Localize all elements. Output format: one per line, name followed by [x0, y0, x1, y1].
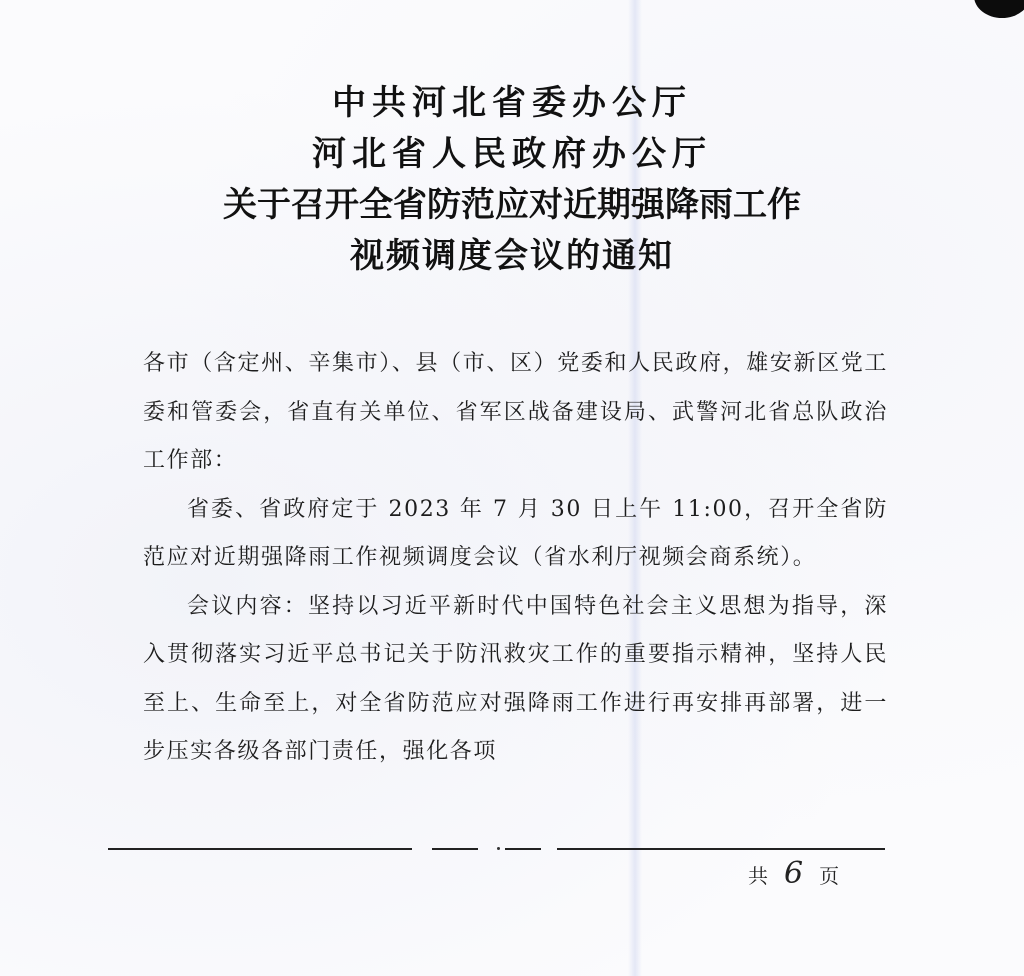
- page-count-suffix: 页: [819, 860, 839, 889]
- footer-rule-segment: [108, 848, 412, 850]
- binding-hole-mark: [974, 0, 1024, 18]
- footer-rule-segment: [557, 848, 885, 850]
- title-line-subject-1: 关于召开全省防范应对近期强降雨工作: [0, 180, 1024, 231]
- title-line-issuer-2: 河北省人民政府办公厅: [0, 129, 1024, 180]
- paragraph-meeting-content: 会议内容：坚持以习近平新时代中国特色社会主义思想为指导，深入贯彻落实习近平总书记…: [143, 583, 888, 777]
- paragraph-meeting-time: 省委、省政府定于 2023 年 7 月 30 日上午 11:00，召开全省防范应…: [143, 486, 888, 583]
- page-count-number: 6: [784, 856, 803, 891]
- page-count-prefix: 共: [748, 860, 768, 889]
- footer-rule-segment: [505, 848, 541, 850]
- footer-rule-segment: [432, 848, 478, 850]
- document-title: 中共河北省委办公厅 河北省人民政府办公厅 关于召开全省防范应对近期强降雨工作 视…: [0, 78, 1024, 282]
- page-count: 共 6 页: [748, 856, 839, 891]
- title-line-subject-2: 视频调度会议的通知: [0, 231, 1024, 282]
- addressees: 各市（含定州、辛集市）、县（市、区）党委和人民政府，雄安新区党工委和管委会，省直…: [143, 340, 888, 486]
- document-body: 各市（含定州、辛集市）、县（市、区）党委和人民政府，雄安新区党工委和管委会，省直…: [143, 340, 888, 777]
- title-line-issuer-1: 中共河北省委办公厅: [0, 78, 1024, 129]
- footer-rule-dot: [497, 847, 500, 850]
